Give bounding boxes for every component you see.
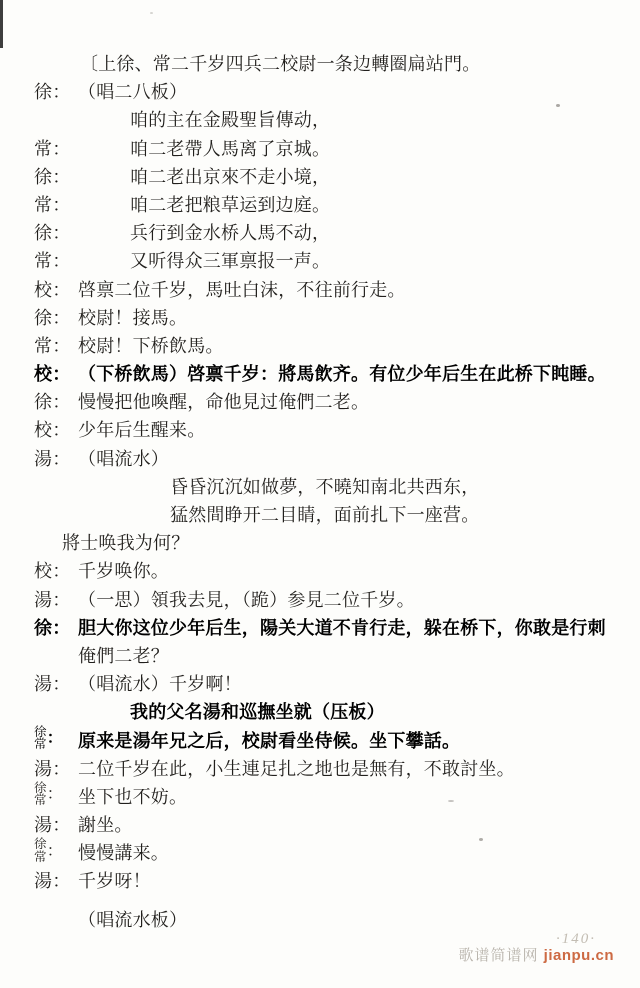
line-text: 千岁唤你。 — [78, 561, 169, 581]
line-text: 謝坐。 — [78, 815, 133, 835]
page-footer: ·140· 歌谱简谱网 jianpu.cn — [458, 944, 614, 970]
speaker-label: 常： — [34, 191, 78, 219]
speaker-label: 徐： — [34, 78, 78, 106]
speaker-label: 徐： — [34, 219, 78, 247]
script-line: （唱流水板） — [0, 906, 640, 934]
line-text: 校尉！下桥飲馬。 — [78, 336, 224, 356]
line-text: 原来是湯年兄之后，校尉看坐侍候。坐下攀話。 — [78, 731, 460, 751]
script-line: 校：千岁唤你。 — [0, 557, 640, 585]
speaker-label: 常： — [34, 332, 78, 360]
script-line: 猛然間睁开二目睛，面前扎下一座营。 — [0, 501, 640, 529]
speaker-label: 徐： — [34, 304, 78, 332]
script-line: 我的父名湯和巡撫坐就（压板） — [0, 698, 640, 726]
script-line: 湯：二位千岁在此，小生連足扎之地也是無有，不敢討坐。 — [0, 755, 640, 783]
line-text: 千岁呀！ — [78, 871, 151, 891]
line-text: 我的父名湯和巡撫坐就（压板） — [78, 702, 385, 722]
line-text: 二位千岁在此，小生連足扎之地也是無有，不敢討坐。 — [78, 759, 515, 779]
line-text: （下桥飲馬）啓禀千岁：將馬飲齐。有位少年后生在此桥下盹睡。 — [78, 364, 606, 384]
script-line: 常：咱二老帶人馬离了京城。 — [0, 135, 640, 163]
script-line: 湯：千岁呀！ — [0, 867, 640, 895]
script-line: 常：咱二老把粮草运到边庭。 — [0, 191, 640, 219]
line-text: 猛然間睁开二目睛，面前扎下一座营。 — [78, 505, 479, 525]
speaker-label: 校： — [34, 557, 78, 585]
line-text: 咱二老把粮草运到边庭。 — [78, 195, 330, 215]
speaker-label: 湯： — [34, 445, 78, 473]
line-text: （唱二八板） — [78, 82, 187, 102]
script-line: 湯：（唱流水） — [0, 445, 640, 473]
speaker-label-stacked: 徐常： — [34, 727, 78, 752]
page-number: ·140· — [556, 931, 596, 948]
script-line: 昏昏沉沉如做夢，不曉知南北共西东， — [0, 473, 640, 501]
script-line: 徐：（唱二八板） — [0, 78, 640, 106]
speaker-label: 湯： — [34, 670, 78, 698]
speaker-label: 常： — [34, 247, 78, 275]
line-text: （唱流水）千岁啊！ — [78, 674, 242, 694]
line-text: （一思）領我去見，（跪）参見二位千岁。 — [78, 590, 415, 610]
speaker-label: 湯： — [34, 586, 78, 614]
line-text: （唱流水板） — [78, 910, 187, 930]
scan-edge-artifact — [0, 0, 3, 48]
line-text: 咱二老出京來不走小境， — [78, 167, 330, 187]
speaker-label: 徐： — [34, 388, 78, 416]
script-line: 俺們二老？ — [0, 642, 640, 670]
line-text: 又听得众三軍禀报一声。 — [78, 251, 330, 271]
line-text: 俺們二老？ — [78, 646, 169, 666]
script-line: 咱的主在金殿聖旨傳动， — [0, 106, 640, 134]
script-line: 校：啓禀二位千岁，馬吐白沫，不往前行走。 — [0, 276, 640, 304]
line-text: 少年后生醒来。 — [78, 420, 205, 440]
script-line: 徐：校尉！接馬。 — [0, 304, 640, 332]
line-text: 咱二老帶人馬离了京城。 — [78, 139, 330, 159]
script-lines: 〔上徐、常二千岁四兵二校尉一条边轉圈扁站門。徐：（唱二八板）咱的主在金殿聖旨傳动… — [0, 50, 640, 934]
speaker-label: 湯： — [34, 867, 78, 895]
script-line: 〔上徐、常二千岁四兵二校尉一条边轉圈扁站門。 — [0, 50, 640, 78]
line-text: 咱的主在金殿聖旨傳动， — [78, 110, 330, 130]
line-text: 將士唤我为何？ — [62, 533, 189, 553]
speaker-label: 校： — [34, 416, 78, 444]
watermark-site-name: 歌谱简谱网 — [458, 947, 543, 964]
line-text: （唱流水） — [78, 449, 169, 469]
line-text: 慢慢講来。 — [78, 843, 169, 863]
script-line: 徐常：原来是湯年兄之后，校尉看坐侍候。坐下攀話。 — [0, 727, 640, 755]
script-line: 湯：（唱流水）千岁啊！ — [0, 670, 640, 698]
script-line: 徐常：坐下也不妨。 — [0, 783, 640, 811]
speaker-label: 校： — [34, 360, 78, 388]
line-text: 〔上徐、常二千岁四兵二校尉一条边轉圈扁站門。 — [80, 54, 480, 74]
line-text: 昏昏沉沉如做夢，不曉知南北共西东， — [78, 477, 479, 497]
line-text: 慢慢把他喚醒，命他見过俺們二老。 — [78, 392, 369, 412]
script-line: 徐：慢慢把他喚醒，命他見过俺們二老。 — [0, 388, 640, 416]
line-text: 啓禀二位千岁，馬吐白沫，不往前行走。 — [78, 280, 406, 300]
script-line: 徐常：慢慢講来。 — [0, 839, 640, 867]
speaker-label: 徐： — [34, 163, 78, 191]
script-line: 校：（下桥飲馬）啓禀千岁：將馬飲齐。有位少年后生在此桥下盹睡。 — [0, 360, 640, 388]
speaker-label: 湯： — [34, 811, 78, 839]
scanned-script-page: 〔上徐、常二千岁四兵二校尉一条边轉圈扁站門。徐：（唱二八板）咱的主在金殿聖旨傳动… — [0, 0, 640, 988]
watermark-site-url: jianpu.cn — [544, 947, 614, 964]
speaker-label: 常： — [34, 135, 78, 163]
speaker-label-stacked: 徐常： — [34, 839, 78, 864]
line-text: 胆大你这位少年后生，陽关大道不肯行走，躲在桥下，你敢是行刺 — [78, 618, 606, 638]
speaker-label: 校： — [34, 276, 78, 304]
line-text: 校尉！接馬。 — [78, 308, 187, 328]
script-line: 將士唤我为何？ — [0, 529, 640, 557]
speaker-label-stacked: 徐常： — [34, 783, 78, 808]
script-line: 常：又听得众三軍禀报一声。 — [0, 247, 640, 275]
line-text: 坐下也不妨。 — [78, 787, 187, 807]
script-line: 湯：（一思）領我去見，（跪）参見二位千岁。 — [0, 586, 640, 614]
script-line: 常：校尉！下桥飲馬。 — [0, 332, 640, 360]
scan-speck — [150, 12, 153, 14]
script-line: 徐：胆大你这位少年后生，陽关大道不肯行走，躲在桥下，你敢是行刺 — [0, 614, 640, 642]
script-line: 徐：咱二老出京來不走小境， — [0, 163, 640, 191]
script-line: 徐：兵行到金水桥人馬不动， — [0, 219, 640, 247]
speaker-label: 徐： — [34, 614, 78, 642]
line-text: 兵行到金水桥人馬不动， — [78, 223, 330, 243]
speaker-label: 湯： — [34, 755, 78, 783]
script-line: 湯：謝坐。 — [0, 811, 640, 839]
script-line: 校：少年后生醒来。 — [0, 416, 640, 444]
